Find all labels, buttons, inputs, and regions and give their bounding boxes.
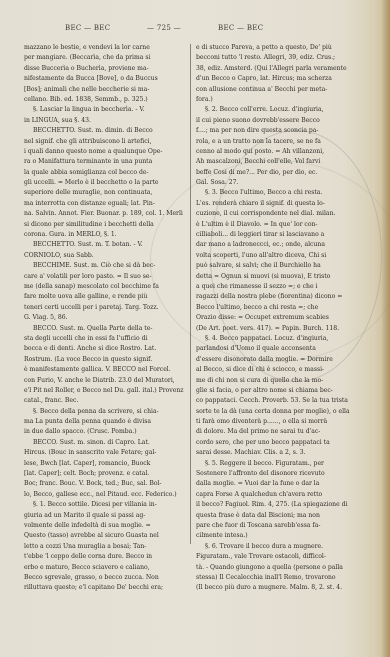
text-line: cenno al modo qui posto. = Ah villanzoni… bbox=[196, 147, 354, 157]
text-line: §. Lasciar la lingua in beccherìa. - V. bbox=[24, 105, 184, 115]
text-line: catal., franc. Bec. bbox=[24, 396, 184, 406]
text-line: pare che fuor di Toscana sarebb'essa fa- bbox=[196, 521, 354, 531]
text-line: tà. - Quando giungono a quella (persone … bbox=[196, 563, 354, 573]
text-line: §. 5. Reggere il becco. Figuratam., per bbox=[196, 459, 354, 469]
running-header: BEC — BEC — 725 — BEC — BEC bbox=[0, 24, 390, 36]
text-line: dar mano a ladroneccci, ec.; onde, alcun… bbox=[196, 240, 354, 250]
text-line: può salvare, si salvi; che il Burchiello… bbox=[196, 261, 354, 271]
text-line: cuzione, il cui corrispondente nel dial.… bbox=[196, 209, 354, 219]
header-left-guideword: BEC — BEC bbox=[65, 24, 110, 32]
text-line: cellano. Bib. ed. 1838, Semmb., p. 325.) bbox=[24, 95, 184, 105]
text-line: BECCO. Sust. m. Quella Parte della te- bbox=[24, 324, 184, 334]
text-line: ra o Manifattura terminante in una punta bbox=[24, 157, 184, 167]
column-divider bbox=[190, 44, 191, 544]
text-line: §. 2. Becco coll'erre. Locuz. d'ingiuria… bbox=[196, 105, 354, 115]
text-line: parlandosi d'Uomo il quale acconsenta bbox=[196, 344, 354, 354]
text-line: è manifestamente gallica. V. BECCO nel F… bbox=[24, 365, 184, 375]
text-line: t'ebbe 'l ceppo delle corna dure. Becco … bbox=[24, 552, 184, 562]
text-line: BECCHETTO. Sust. m. dimin. di Becco bbox=[24, 126, 184, 136]
text-line: sorte te la dà (una certa donna per mogl… bbox=[196, 407, 354, 417]
text-line: 38, ediz. Amsterd. (Qui l'Allegri parla … bbox=[196, 64, 354, 74]
text-line: di dolore. Ma del primo ne sarai tu d'ac… bbox=[196, 427, 354, 437]
text-line: becconi tutto 'l resto. Allegri, 39, edi… bbox=[196, 53, 354, 63]
text-line: rola, e a un tratto non la tacere, se ne… bbox=[196, 137, 354, 147]
text-line: d'un Becco o Capro, lat. Hircus; ma sche… bbox=[196, 74, 354, 84]
text-line: §. 4. Becco pappataci. Locuz. d'ingiuria… bbox=[196, 334, 354, 344]
text-line: Boc; franc. Bouc. V. Bock, ted.; Buc, sa… bbox=[24, 479, 184, 489]
text-line: sta degli uccelli che in essi fa l'uffic… bbox=[24, 334, 184, 344]
text-line: bocca e di denti. Anche si dice Rostro. … bbox=[24, 344, 184, 354]
text-line: lese, Bwch [lat. Caper], romancio, Buock bbox=[24, 459, 184, 469]
text-line: Rostrum. (La voce Becco in questo signif… bbox=[24, 355, 184, 365]
text-line: gli uccelli. = Merlo è il becchetto o la… bbox=[24, 178, 184, 188]
text-line: rilluttava questo; e'l capitano De' becc… bbox=[24, 583, 184, 593]
text-line: nifestamente da Bucca [Bove], o da Buccu… bbox=[24, 74, 184, 84]
text-line: BECCHETTO. Sust. m. T. botan. - V. bbox=[24, 240, 184, 250]
text-line: cilliaboli... di leggieri tirar si lasci… bbox=[196, 230, 354, 240]
text-line: BECCO. Sust. m. sinon. di Capro. Lat. bbox=[24, 438, 184, 448]
text-line: detta = Ognun si muovi (si muova), E tri… bbox=[196, 272, 354, 282]
text-line: fare molte uova alle galline, e rende pi… bbox=[24, 292, 184, 302]
text-line: Figuratam., vale Trovare ostacoli, diffi… bbox=[196, 552, 354, 562]
text-line: na. Salvin. Annot. Fier. Buonar. p. 189,… bbox=[24, 209, 184, 219]
text-line: stessa) Il Cecalecchia inall'l Remo, tro… bbox=[196, 573, 354, 583]
text-line: sarai desse. Machiav. Clis. a 2, s. 3. bbox=[196, 448, 354, 458]
text-line: volmente delle infedeltà di sua moglie. … bbox=[24, 521, 184, 531]
text-line: ragazzi della nostra plebe (fiorentina) … bbox=[196, 292, 354, 302]
header-right-guideword: BEC — BEC bbox=[218, 24, 263, 32]
text-line: [Bos]; animali che nelle beccherie si ma… bbox=[24, 85, 184, 95]
left-column: mazzano le bestie, e vendevi la lor carn… bbox=[24, 43, 184, 594]
text-line: con allusione continua a' Becchi per met… bbox=[196, 85, 354, 95]
text-line: erbo e maturo, Becco sciavero e caliano, bbox=[24, 563, 184, 573]
text-line: e di stucco Pareva, a petto a questo, De… bbox=[196, 43, 354, 53]
text-line: si dicono per similitudine i becchetti d… bbox=[24, 220, 184, 230]
text-line: care a' volatili per loro pasto. = Il su… bbox=[24, 272, 184, 282]
page-number: — 725 — bbox=[147, 24, 181, 32]
text-line: in LINGUA, sua §. 43. bbox=[24, 116, 184, 126]
text-line: §. 3. Becco l'ultimo, Becco a chi resta. bbox=[196, 188, 354, 198]
text-line: dalla moglie. = Vuoi dar la fune o dar l… bbox=[196, 479, 354, 489]
text-line: (Il becco più duro a mugnere. Malm. 8, 2… bbox=[196, 583, 354, 593]
text-line: il cui pieno suono dovrebb'essere Becco bbox=[196, 116, 354, 126]
text-line: Sostenere l'affronto del disonore ricevu… bbox=[196, 469, 354, 479]
text-line: me (della sanap) mescolato col becchime … bbox=[24, 282, 184, 292]
text-line: [lat. Caper]; celt. Boch; provenz. e cat… bbox=[24, 469, 184, 479]
text-line: il becco? Fagiuol. Rim. 4, 275. (La spie… bbox=[196, 500, 354, 510]
text-line: in due dallo spacco. (Crusc. Pomba.) bbox=[24, 427, 184, 437]
text-line: L'es. renderà chiaro il signif. di quest… bbox=[196, 199, 354, 209]
text-line: corona. Gura. in MERLO, §. 1. bbox=[24, 230, 184, 240]
text-line: Becco l'ultimo, becco a chi resta =; che bbox=[196, 303, 354, 313]
text-line: i quali danno questo nome a qualunque Op… bbox=[24, 147, 184, 157]
text-line: ti farà omo diventerà p......, o ella si… bbox=[196, 417, 354, 427]
text-line: è L'ultim è il Diavolo. = In que' lor co… bbox=[196, 220, 354, 230]
text-line: teneri certi uccelli per i paretaj. Targ… bbox=[24, 303, 184, 313]
text-line: Questo (tasso) avrebbe al sicuro Guasta … bbox=[24, 531, 184, 541]
scanned-page: BEC — BEC — 725 — BEC — BEC mazzano le b… bbox=[0, 0, 390, 657]
text-line: e'l Pit nel Roller, e Becco nel Du. gall… bbox=[24, 386, 184, 396]
text-line: letto a cozzi Una muraglia a bosai; Tan- bbox=[24, 542, 184, 552]
text-line: a quei che rimanesse il sezzo =; e che i bbox=[196, 282, 354, 292]
text-line: me di chi non si cura di quello che la m… bbox=[196, 376, 354, 386]
text-line: glie si facia, o per altro nome si chiam… bbox=[196, 386, 354, 396]
text-line: giuria ad un Marito il quale si passi ag… bbox=[24, 511, 184, 521]
text-line: §. Becco della penna da scrivere, si chi… bbox=[24, 407, 184, 417]
text-line: f....; ma per non dire questa sconcia pa… bbox=[196, 126, 354, 136]
text-line: co pappataci. Cecch. Proverb. 53. Se la … bbox=[196, 396, 354, 406]
text-line: §. 6. Trovare il becco dura a mugnere. bbox=[196, 542, 354, 552]
text-line: BECCHIME. Sust. m. Ciò che si dà bec- bbox=[24, 261, 184, 271]
text-line: cordo sero, che per uno becco pappataci … bbox=[196, 438, 354, 448]
text-line: volta scoperti, l'uno all'altro diceva, … bbox=[196, 251, 354, 261]
text-line: Orazio disse: = Occupet extremum scabies bbox=[196, 313, 354, 323]
text-line: (De Art. poet. vers. 417). = Papin. Burc… bbox=[196, 324, 354, 334]
text-line: Gal. Sosa. 27. bbox=[196, 178, 354, 188]
right-column: e di stucco Pareva, a petto a questo, De… bbox=[196, 43, 354, 594]
text-line: al Becco, si dice di chi è sciocco, e ma… bbox=[196, 365, 354, 375]
text-line: §. 1. Becco sottile. Dicesi per villania… bbox=[24, 500, 184, 510]
text-line: la quale abbia somiglianza col becco de- bbox=[24, 168, 184, 178]
text-line: disse Buccerìa o Bucherìa, proviene ma- bbox=[24, 64, 184, 74]
text-line: superiore delle muraglie, non continuata… bbox=[24, 188, 184, 198]
text-line: G. Viag. 5, 86. bbox=[24, 313, 184, 323]
text-line: cilmente intesa.) bbox=[196, 531, 354, 541]
text-line: con Furio, V. anche le Diatrib. 23.0 del… bbox=[24, 376, 184, 386]
text-line: fora.) bbox=[196, 95, 354, 105]
text-line: mazzano le bestie, e vendevi la lor carn… bbox=[24, 43, 184, 53]
text-line: lo, Becco, gallese ecc., nel Pitaud. ecc… bbox=[24, 490, 184, 500]
text-line: questa frase è data dal Biscioni; ma non bbox=[196, 511, 354, 521]
text-line: ma La punta della penna quando è divisa bbox=[24, 417, 184, 427]
text-line: beffe Cosi di me?... Per dio, per dio, e… bbox=[196, 168, 354, 178]
text-line: per mangiare. (Beccarìa, che da prima si bbox=[24, 53, 184, 63]
text-line: capra Forse A qualchedun ch'avera retto bbox=[196, 490, 354, 500]
text-line: Ah mascalzoni, Becchi coll'elle, Vol far… bbox=[196, 157, 354, 167]
text-line: d'essere disonorato dalla moglie. = Dorm… bbox=[196, 355, 354, 365]
text-line: nel signif. che gli attribuiscono li art… bbox=[24, 137, 184, 147]
text-line: Becco sgrevale, grasso, o becco zucca. N… bbox=[24, 573, 184, 583]
text-line: ma interrotta con distanze eguali; lat. … bbox=[24, 199, 184, 209]
text-line: CORNIOLO, sua Sabb. bbox=[24, 251, 184, 261]
text-line: Hircus. (Bouc in sanscrito vale Fetare; … bbox=[24, 448, 184, 458]
